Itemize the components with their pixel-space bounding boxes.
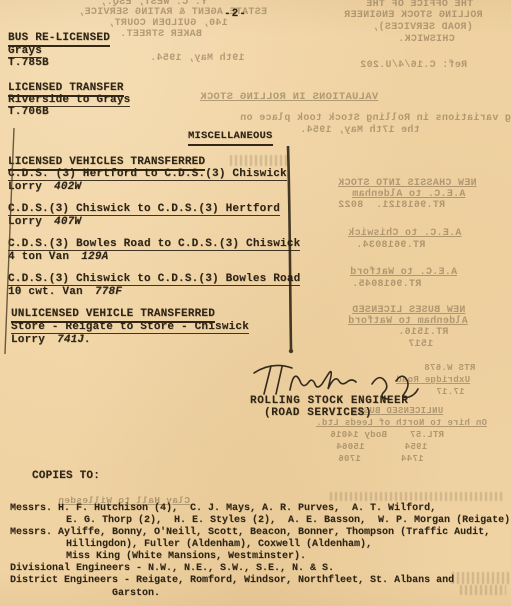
bleedthrough-line: BAKER STREET.	[120, 30, 202, 41]
fleet-number: 402W	[54, 181, 81, 193]
bleedthrough-line: the 17th May, 1954.	[300, 126, 420, 137]
bleedthrough-line: RT.9618045.	[352, 280, 421, 291]
bleedthrough-line: Ref: C.16/4/U.202	[360, 61, 467, 72]
bus-relicensed-ref: T.785B	[8, 57, 49, 69]
vehicle-type: 4 ton Van	[8, 251, 69, 263]
fleet-number: 129A	[81, 251, 108, 263]
copies-line: Miss King (White Mansions, Westminster).	[66, 551, 306, 562]
fleet-number: 778F	[95, 286, 122, 298]
bleedthrough-line: NEW BUSES LICENSED	[352, 306, 465, 317]
signatory-subtitle: (ROAD SERVICES)	[264, 407, 372, 419]
copies-line: Messrs. Ayliffe, Bonny, O'Neill, Scott, …	[10, 527, 490, 538]
bleedthrough-line: 17.17	[436, 388, 465, 397]
vehicle-type: Lorry	[11, 334, 45, 346]
bleedthrough-line: Please note the following variations in …	[240, 114, 511, 125]
bleedthrough-line: 140, GUILDEN COURT,	[108, 19, 228, 30]
vehicle-route: C.D.S.(3) Chiswick to C.D.S.(3) Hertford	[8, 203, 280, 216]
vehicle-type: 10 cwt. Van	[8, 286, 83, 298]
fleet-number: 741J.	[57, 334, 91, 346]
miscellaneous-heading: MISCELLANEOUS	[188, 131, 273, 146]
page-number: -2-	[224, 8, 247, 20]
bleedthrough-line: RT.1516.	[398, 328, 448, 339]
document-page: Y. C. WEST, ESQ.,ESTATE AGENT & RATING S…	[0, 0, 511, 606]
licensed-transfer-ref: T.706B	[8, 106, 49, 118]
vehicle-line: 4 ton Van129A	[8, 251, 108, 263]
copies-line: District Engineers - Reigate, Romford, W…	[10, 575, 454, 586]
vehicle-route: C.D.S. (3) Hertford to C.D.S.(3) Chiswic…	[8, 168, 287, 181]
bleedthrough-line: CHISWICK.	[398, 35, 455, 46]
copies-line: Divisional Engineers - N.W., N.E., S.W.,…	[10, 563, 334, 574]
bleedthrough-line: 1954 15064	[336, 443, 427, 452]
smudge	[230, 155, 288, 166]
bleedthrough-line: NEW CHASSIS INTO STOCK	[338, 179, 477, 190]
bleedthrough-line: THE OFFICE OF THE	[366, 0, 473, 11]
bleedthrough-line: 19th May, 1954.	[150, 54, 245, 65]
bleedthrough-line: A.E.C. to Chiswick	[348, 229, 461, 240]
bleedthrough-line: 1517	[408, 340, 433, 351]
vehicle-line: Lorry407W	[8, 216, 81, 228]
vehicle-route: C.D.S.(3) Chiswick to C.D.S.(3) Bowles R…	[8, 273, 300, 286]
bleedthrough-line: A.E.C. to Watford	[350, 268, 457, 279]
smudge	[452, 572, 510, 584]
unlicensed-vehicle-route: Store - Reigate to Store - Chiswick	[11, 321, 249, 334]
vehicle-line: Lorry402W	[8, 181, 81, 193]
smudge	[330, 492, 502, 501]
copies-line: Garston.	[112, 588, 160, 599]
bleedthrough-line: Aldenham to Watford	[348, 317, 468, 328]
bleedthrough-line: VALUATIONS IN ROLLING STOCK	[200, 92, 378, 103]
vehicle-type: Lorry	[8, 181, 42, 193]
bleedthrough-line: 1744 1706	[338, 455, 424, 464]
bleedthrough-line: ROLLING STOCK ENGINEER	[344, 11, 483, 22]
copies-line: E. G. Thorp (2), H. E. Styles (2), A. E.…	[66, 515, 511, 526]
bleedthrough-line: RT.9618034.	[356, 241, 425, 252]
bleedthrough-line: (ROAD SERVICES),	[372, 23, 473, 34]
vehicle-route: C.D.S.(3) Bowles Road to C.D.S.(3) Chisw…	[8, 238, 300, 251]
vehicle-line: Lorry741J.	[11, 334, 91, 346]
copies-heading: COPIES TO:	[32, 470, 100, 482]
bleedthrough-line: On hire to North of Leeds Ltd.	[316, 419, 487, 428]
fleet-number: 407W	[54, 216, 81, 228]
bleedthrough-line: RTL.57 Body 14016	[330, 431, 444, 440]
copies-line: Hillingdon), Fuller (Aldenham), Coxwell …	[66, 539, 372, 550]
vehicle-type: Lorry	[8, 216, 42, 228]
smudge	[460, 585, 506, 595]
pen-mark-dot	[289, 349, 293, 353]
vehicle-line: 10 cwt. Van778F	[8, 286, 122, 298]
bleedthrough-line: RT.9618121. 8022	[338, 201, 445, 212]
signatory-title: ROLLING STOCK ENGINEER	[250, 395, 408, 407]
copies-line: Messrs. H. F. Hutchison (4), C. J. Mays,…	[10, 503, 436, 514]
bleedthrough-line: A.E.C. to Aldenham	[352, 190, 465, 201]
